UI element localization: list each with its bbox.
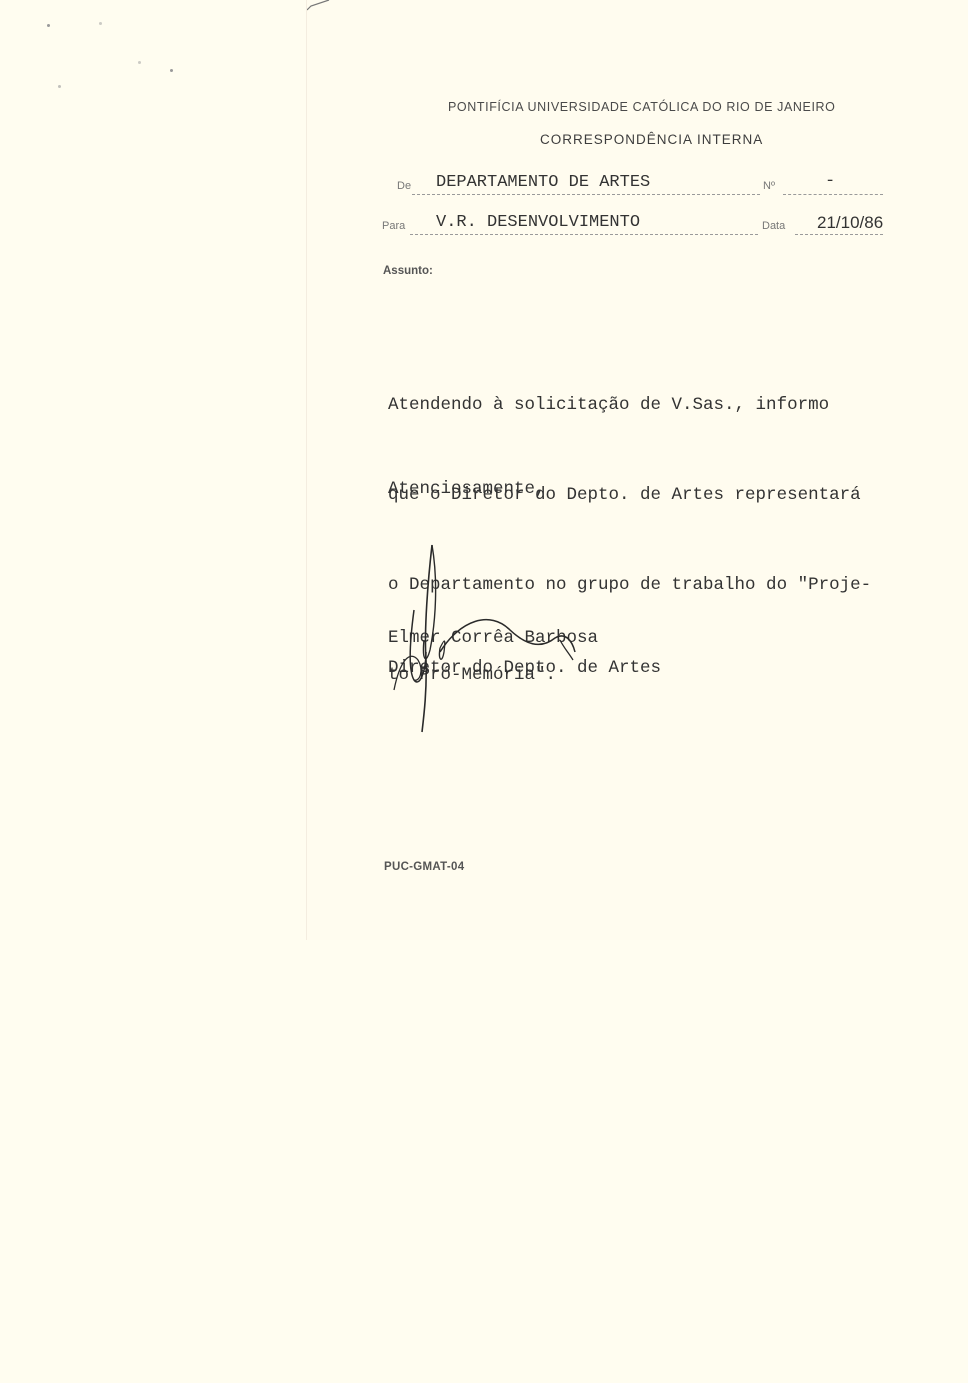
- from-underline: [412, 194, 760, 195]
- from-value: DEPARTAMENTO DE ARTES: [436, 173, 650, 192]
- scan-speck: [138, 61, 141, 64]
- from-label: De: [397, 180, 411, 192]
- closing-salutation: Atenciosamente,: [388, 479, 546, 499]
- number-underline: [783, 194, 883, 195]
- number-value: -: [825, 172, 835, 191]
- scan-speck: [170, 69, 173, 72]
- date-value: 21/10/86: [817, 213, 883, 233]
- date-label: Data: [762, 220, 785, 232]
- scan-speck: [47, 24, 50, 27]
- body-line: Atendendo à solicitação de V.Sas., infor…: [388, 390, 871, 420]
- scan-speck: [99, 22, 102, 25]
- scan-speck: [58, 85, 61, 88]
- number-label: Nº: [763, 180, 775, 192]
- body-line: o Departamento no grupo de trabalho do "…: [388, 570, 871, 600]
- signer-name: Elmer Corrêa Barbosa: [388, 628, 598, 648]
- to-label: Para: [382, 220, 405, 232]
- subject-label: Assunto:: [383, 265, 433, 277]
- folded-corner-icon: [307, 0, 331, 12]
- to-value: V.R. DESENVOLVIMENTO: [436, 213, 640, 232]
- to-underline: [410, 234, 758, 235]
- form-code: PUC-GMAT-04: [384, 861, 464, 873]
- document-type-title: CORRESPONDÊNCIA INTERNA: [540, 132, 763, 147]
- institution-name: PONTIFÍCIA UNIVERSIDADE CATÓLICA DO RIO …: [448, 100, 835, 114]
- signer-title: Diretor do Depto. de Artes: [388, 658, 661, 678]
- date-underline: [795, 234, 883, 235]
